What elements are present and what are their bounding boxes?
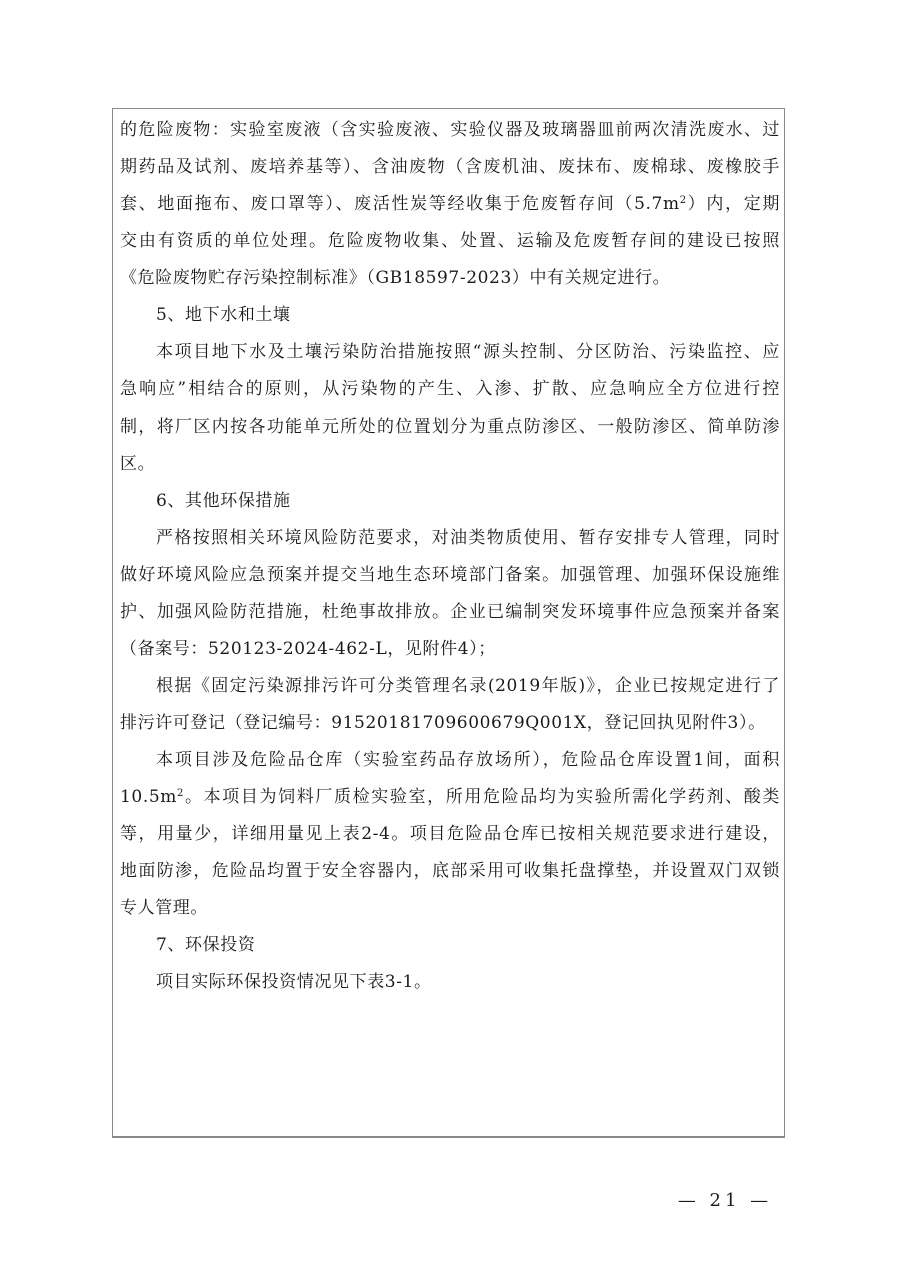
text-line: 等，用量少，详细用量见上表2-4。项目危险品仓库已按相关规范要求进行建设， bbox=[120, 816, 780, 852]
text-line: 本项目地下水及土壤污染防治措施按照“源头控制、分区防治、污染监控、应 bbox=[120, 334, 780, 370]
superscript: 2 bbox=[177, 788, 184, 799]
text-line: 区。 bbox=[120, 446, 780, 482]
text-line: 制，将厂区内按各功能单元所处的位置划分为重点防渗区、一般防渗区、简单防渗 bbox=[120, 409, 780, 445]
text-line: 项目实际环保投资情况见下表3-1。 bbox=[120, 964, 780, 1000]
section-heading: 6、其他环保措施 bbox=[120, 483, 780, 519]
page-number: — 21 — bbox=[670, 1190, 780, 1211]
text-line: 做好环境风险应急预案并提交当地生态环境部门备案。加强管理、加强环保设施维 bbox=[120, 557, 780, 593]
text-line: 期药品及试剂、废培养基等）、含油废物（含废机油、废抹布、废棉球、废橡胶手 bbox=[120, 149, 780, 185]
text-line: 10.5m2。本项目为饲料厂质检实验室，所用危险品均为实验所需化学药剂、酸类 bbox=[120, 779, 780, 815]
text-line: 急响应”相结合的原则，从污染物的产生、入渗、扩散、应急响应全方位进行控 bbox=[120, 371, 780, 407]
section-heading: 7、环保投资 bbox=[120, 927, 780, 963]
text-line: 《危险废物贮存污染控制标准》（GB18597-2023）中有关规定进行。 bbox=[120, 260, 780, 296]
text-line: （备案号：520123-2024-462-L，见附件4）； bbox=[120, 631, 780, 667]
text-line: 专人管理。 bbox=[120, 890, 780, 926]
text-line: 地面防渗，危险品均置于安全容器内，底部采用可收集托盘撑垫，并设置双门双锁 bbox=[120, 853, 780, 889]
text-segment: 套、地面拖布、废口罩等）、废活性炭等经收集于危废暂存间（5.7m bbox=[120, 194, 680, 214]
text-line: 交由有资质的单位处理。危险废物收集、处置、运输及危废暂存间的建设已按照 bbox=[120, 223, 780, 259]
text-segment: 10.5m bbox=[120, 787, 177, 807]
text-line: 根据《固定污染源排污许可分类管理名录(2019年版)》，企业已按规定进行了 bbox=[120, 668, 780, 704]
text-line: 套、地面拖布、废口罩等）、废活性炭等经收集于危废暂存间（5.7m2）内，定期 bbox=[120, 186, 780, 222]
text-line: 本项目涉及危险品仓库（实验室药品存放场所），危险品仓库设置1间，面积 bbox=[120, 742, 780, 778]
superscript: 2 bbox=[680, 195, 687, 206]
text-line: 的危险废物：实验室废液（含实验废液、实验仪器及玻璃器皿前两次清洗废水、过 bbox=[120, 112, 780, 148]
text-line: 排污许可登记（登记编号：91520181709600679Q001X，登记回执见… bbox=[120, 705, 780, 741]
text-segment: 。本项目为饲料厂质检实验室，所用危险品均为实验所需化学药剂、酸类 bbox=[184, 787, 780, 807]
text-segment: ）内，定期 bbox=[687, 194, 780, 214]
text-line: 严格按照相关环境风险防范要求，对油类物质使用、暂存安排专人管理，同时 bbox=[120, 520, 780, 556]
text-line: 护、加强风险防范措施，杜绝事故排放。企业已编制突发环境事件应急预案并备案 bbox=[120, 594, 780, 630]
section-heading: 5、地下水和土壤 bbox=[120, 297, 780, 333]
